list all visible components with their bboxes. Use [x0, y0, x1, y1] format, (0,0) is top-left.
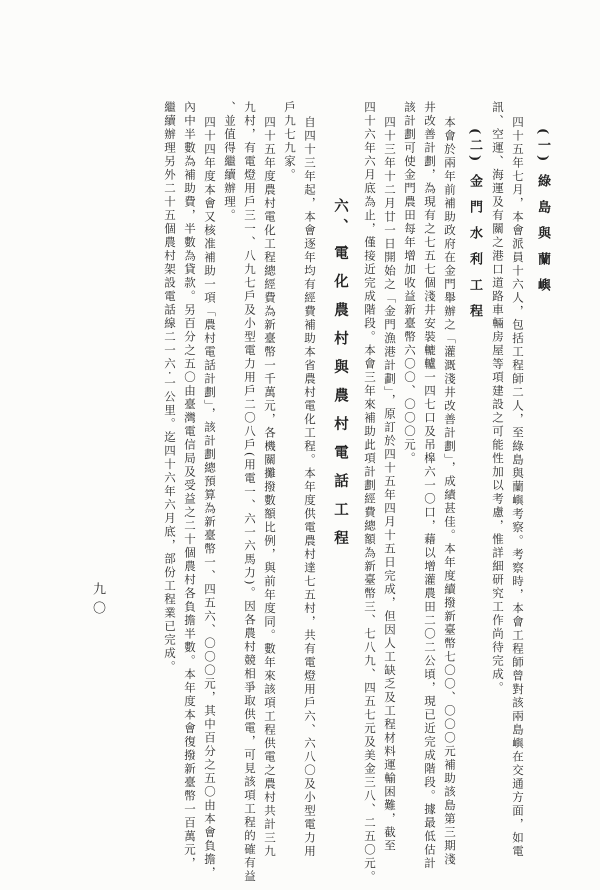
section-heading: (二)金門水利工程	[462, 101, 486, 801]
section-heading-title: 金門水利工程	[467, 174, 482, 330]
text-column: 九村，有電燈用戶三一、八九七戶及小型電力用戶二〇八戶(用電一、六一六馬力)。因各…	[240, 101, 260, 801]
text-column: 四十六年六月底為止，僅接近完成階段。本會三年來補助此項計劃經費總額為新臺幣三、七…	[360, 101, 380, 801]
text-column: 四十四年度本會又核准補助一項「農村電話計劃」，該計劃總預算為新臺幣一、四五六、〇…	[200, 101, 220, 801]
section-heading: 六、電化農村與農村電話工程	[325, 101, 355, 801]
text-block: (一)綠島與蘭嶼四十五年七月，本會派員十六人，包括工程師二人，至綠島與蘭嶼考察。…	[160, 101, 556, 801]
text-column: 繼續辦理另外二十五個農村架設電話線二一六·一公里。迄四十六年六月底，部份工程業已…	[160, 101, 180, 801]
text-column: 戶九七九家。	[280, 101, 300, 801]
text-column: 內中半數為補助費，半數為貸款。另百分之五〇由臺灣電信局及受益之二十個農村各負擔半…	[180, 101, 200, 801]
text-column: 本會於兩年前補助政府在金門舉辦之「灌溉淺井改善計劃」，成績甚佳。本年度續撥新臺幣…	[440, 101, 460, 801]
section-heading-title: 綠島與蘭嶼	[535, 174, 550, 304]
text-column: 、並值得繼續辦理。	[220, 101, 240, 801]
text-column: 自四十三年起，本會逐年均有經費補助本省農村電化工程。本年度供電農村達七五村，共有…	[300, 101, 320, 801]
text-column: 訊、空運、海運及有關之港口道路車輛房屋等項建設之可能性加以考慮，惟詳細研究工作尚…	[488, 101, 508, 801]
text-column: 井改善計劃，為現有之七五七個淺井安裝轆轤一四七口及吊槔六一〇口，藉以增灌農田二〇…	[420, 101, 440, 801]
text-column: 四十五年七月，本會派員十六人，包括工程師二人，至綠島與蘭嶼考察。考察時，本會工程…	[508, 101, 528, 801]
text-column: 四十五年度農村電化工程總經費為新臺幣一千萬元，各機關攤撥數額比例，與前年度同。數…	[260, 101, 280, 801]
section-heading-number: (一)	[535, 128, 550, 165]
scanned-page: (一)綠島與蘭嶼四十五年七月，本會派員十六人，包括工程師二人，至綠島與蘭嶼考察。…	[0, 0, 600, 890]
text-column: 四十三年十二月廿一日開始之「金門漁港計劃」，原訂於四十五年四月十五日完成，但因人…	[380, 101, 400, 801]
page-number: 九〇	[88, 582, 107, 620]
section-heading-number: 六、	[332, 198, 349, 239]
text-column: 該計劃可使金門農田每年增加收益新臺幣六〇〇、〇〇〇元。	[400, 101, 420, 801]
section-heading-title: 電化農村與農村電話工程	[332, 245, 349, 559]
section-heading: (一)綠島與蘭嶼	[530, 101, 554, 801]
section-heading-number: (二)	[467, 128, 482, 165]
